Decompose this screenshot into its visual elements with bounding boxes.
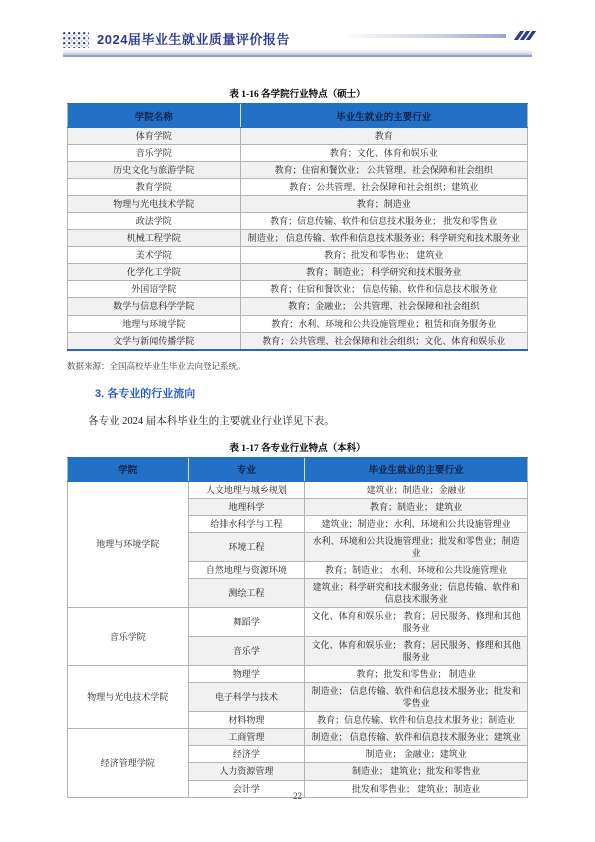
college-cell: 文学与新闻传播学院 bbox=[68, 332, 241, 350]
table1-col-industries: 毕业生就业的主要行业 bbox=[240, 104, 528, 128]
table-row: 体育学院教育 bbox=[68, 128, 528, 145]
table1-caption: 表 1-16 各学院行业特点（硕士） bbox=[67, 86, 528, 100]
table-row: 文学与新闻传播学院教育；公共管理、社会保障和社会组织；文化、体育和娱乐业 bbox=[68, 332, 528, 350]
industries-cell: 教育；信息传输、软件和信息技术服务业； 批发和零售业 bbox=[240, 213, 528, 230]
major-cell: 环境工程 bbox=[188, 532, 305, 561]
table2-col-major: 专业 bbox=[188, 457, 305, 481]
table2-caption: 表 1-17 各专业行业特点（本科） bbox=[67, 440, 528, 454]
college-cell: 政法学院 bbox=[68, 213, 241, 230]
slashes-icon bbox=[514, 31, 532, 40]
table-majors-bachelor: 学院 专业 毕业生就业的主要行业 地理与环境学院人文地理与城乡规划建筑业；制造业… bbox=[67, 457, 528, 798]
industries-cell: 教育；批发和零售业； 建筑业 bbox=[240, 247, 528, 264]
major-cell: 人力资源管理 bbox=[188, 763, 305, 780]
industries-cell: 文化、体育和娱乐业； 教育；居民服务、修理和其他服务业 bbox=[305, 607, 528, 636]
table-row: 经济管理学院工商管理制造业； 信息传输、软件和信息技术服务业；建筑业 bbox=[68, 729, 528, 746]
major-cell: 工商管理 bbox=[188, 729, 305, 746]
table-row: 音乐学院教育；文化、体育和娱乐业 bbox=[68, 145, 528, 162]
major-cell: 舞蹈学 bbox=[188, 607, 305, 636]
industries-cell: 水利、环境和公共设施管理业；批发和零售业；制造业 bbox=[305, 532, 528, 561]
table-row: 物理与光电技术学院物理学教育；批发和零售业； 制造业 bbox=[68, 666, 528, 683]
section-paragraph: 各专业 2024 届本科毕业生的主要就业行业详见下表。 bbox=[67, 413, 528, 428]
industries-cell: 教育；金融业； 公共管理、社会保障和社会组织 bbox=[240, 298, 528, 315]
page-content: 表 1-16 各学院行业特点（硕士） 学院名称 毕业生就业的主要行业 体育学院教… bbox=[67, 86, 528, 798]
industries-cell: 教育；公共管理、社会保障和社会组织；建筑业 bbox=[240, 179, 528, 196]
table-row: 政法学院教育；信息传输、软件和信息技术服务业； 批发和零售业 bbox=[68, 213, 528, 230]
table-row: 教育学院教育；公共管理、社会保障和社会组织；建筑业 bbox=[68, 179, 528, 196]
industries-cell: 建筑业；制造业；水利、环境和公共设施管理业 bbox=[305, 515, 528, 532]
major-cell: 材料物理 bbox=[188, 712, 305, 729]
major-cell: 物理学 bbox=[188, 666, 305, 683]
table-colleges-master: 学院名称 毕业生就业的主要行业 体育学院教育音乐学院教育；文化、体育和娱乐业历史… bbox=[67, 103, 528, 351]
table2-col-college: 学院 bbox=[68, 457, 189, 481]
college-cell: 机械工程学院 bbox=[68, 230, 241, 247]
industries-cell: 教育；批发和零售业； 制造业 bbox=[305, 666, 528, 683]
industries-cell: 教育；制造业； 水利、环境和公共设施管理业 bbox=[305, 561, 528, 578]
major-cell: 人文地理与城乡规划 bbox=[188, 481, 305, 498]
table-row: 机械工程学院制造业； 信息传输、软件和信息技术服务业；科学研究和技术服务业 bbox=[68, 230, 528, 247]
college-cell: 外国语学院 bbox=[68, 281, 241, 298]
page-footer: 22 bbox=[0, 791, 595, 801]
page-number: 22 bbox=[293, 791, 302, 801]
table2-header-row: 学院 专业 毕业生就业的主要行业 bbox=[68, 457, 528, 481]
industries-cell: 文化、体育和娱乐业； 教育；居民服务、修理和其他服务业 bbox=[305, 637, 528, 666]
industries-cell: 教育；文化、体育和娱乐业 bbox=[240, 145, 528, 162]
major-cell: 地理科学 bbox=[188, 498, 305, 515]
industries-cell: 教育；制造业； 科学研究和技术服务业 bbox=[240, 264, 528, 281]
major-cell: 测绘工程 bbox=[188, 578, 305, 607]
section-heading: 3. 各专业的行业流向 bbox=[95, 385, 528, 401]
college-cell: 数学与信息科学学院 bbox=[68, 298, 241, 315]
table-row: 数学与信息科学学院教育；金融业； 公共管理、社会保障和社会组织 bbox=[68, 298, 528, 315]
industries-cell: 制造业； 信息传输、软件和信息技术服务业；建筑业 bbox=[305, 729, 528, 746]
table-row: 地理与环境学院教育；水利、环境和公共设施管理业；租赁和商务服务业 bbox=[68, 315, 528, 332]
college-cell: 教育学院 bbox=[68, 179, 241, 196]
major-cell: 经济学 bbox=[188, 746, 305, 763]
major-cell: 给排水科学与工程 bbox=[188, 515, 305, 532]
data-source-note: 数据来源：全国高校毕业生毕业去向登记系统。 bbox=[67, 360, 528, 372]
major-cell: 自然地理与资源环境 bbox=[188, 561, 305, 578]
table-row: 物理与光电技术学院教育；制造业 bbox=[68, 196, 528, 213]
industries-cell: 建筑业；制造业；金融业 bbox=[305, 481, 528, 498]
major-cell: 音乐学 bbox=[188, 637, 305, 666]
table-row: 音乐学院舞蹈学文化、体育和娱乐业； 教育；居民服务、修理和其他服务业 bbox=[68, 607, 528, 636]
college-cell: 历史文化与旅游学院 bbox=[68, 162, 241, 179]
industries-cell: 教育；制造业； 建筑业 bbox=[305, 498, 528, 515]
industries-cell: 制造业； 建筑业；批发和零售业 bbox=[305, 763, 528, 780]
industries-cell: 制造业； 信息传输、软件和信息技术服务业；科学研究和技术服务业 bbox=[240, 230, 528, 247]
table-row: 地理与环境学院人文地理与城乡规划建筑业；制造业；金融业 bbox=[68, 481, 528, 498]
table1-col-college: 学院名称 bbox=[68, 104, 241, 128]
table-row: 外国语学院教育；住宿和餐饮业； 信息传输、软件和信息技术服务业 bbox=[68, 281, 528, 298]
industries-cell: 建筑业；科学研究和技术服务业；信息传输、软件和信息技术服务业 bbox=[305, 578, 528, 607]
industries-cell: 教育；信息传输、软件和信息技术服务业；制造业 bbox=[305, 712, 528, 729]
industries-cell: 教育 bbox=[240, 128, 528, 145]
major-cell: 电子科学与技术 bbox=[188, 683, 305, 712]
table-row: 化学化工学院教育；制造业； 科学研究和技术服务业 bbox=[68, 264, 528, 281]
college-group-cell: 地理与环境学院 bbox=[68, 481, 189, 607]
dots-grid-icon bbox=[63, 32, 89, 48]
college-cell: 音乐学院 bbox=[68, 145, 241, 162]
industries-cell: 教育；住宿和餐饮业； 信息传输、软件和信息技术服务业 bbox=[240, 281, 528, 298]
college-group-cell: 经济管理学院 bbox=[68, 729, 189, 797]
page-header: 2024届毕业生就业质量评价报告 bbox=[63, 29, 532, 57]
industries-cell: 教育；水利、环境和公共设施管理业；租赁和商务服务业 bbox=[240, 315, 528, 332]
header-accent-strip bbox=[346, 34, 506, 38]
header-title-row: 2024届毕业生就业质量评价报告 bbox=[63, 29, 532, 49]
industries-cell: 教育；制造业 bbox=[240, 196, 528, 213]
college-group-cell: 物理与光电技术学院 bbox=[68, 666, 189, 729]
table-row: 历史文化与旅游学院教育；住宿和餐饮业； 公共管理、社会保障和社会组织 bbox=[68, 162, 528, 179]
document-page: 2024届毕业生就业质量评价报告 表 1-16 各学院行业特点（硕士） 学院名称… bbox=[0, 0, 595, 842]
college-group-cell: 音乐学院 bbox=[68, 607, 189, 665]
college-cell: 地理与环境学院 bbox=[68, 315, 241, 332]
industries-cell: 制造业； 金融业；建筑业 bbox=[305, 746, 528, 763]
table1-header-row: 学院名称 毕业生就业的主要行业 bbox=[68, 104, 528, 128]
college-cell: 美术学院 bbox=[68, 247, 241, 264]
industries-cell: 制造业； 信息传输、软件和信息技术服务业；批发和零售业 bbox=[305, 683, 528, 712]
industries-cell: 教育；住宿和餐饮业； 公共管理、社会保障和社会组织 bbox=[240, 162, 528, 179]
table2-col-industries: 毕业生就业的主要行业 bbox=[305, 457, 528, 481]
college-cell: 物理与光电技术学院 bbox=[68, 196, 241, 213]
college-cell: 化学化工学院 bbox=[68, 264, 241, 281]
industries-cell: 教育；公共管理、社会保障和社会组织；文化、体育和娱乐业 bbox=[240, 332, 528, 350]
header-underline-bar bbox=[63, 50, 532, 57]
table-row: 美术学院教育；批发和零售业； 建筑业 bbox=[68, 247, 528, 264]
report-title: 2024届毕业生就业质量评价报告 bbox=[97, 29, 290, 48]
college-cell: 体育学院 bbox=[68, 128, 241, 145]
